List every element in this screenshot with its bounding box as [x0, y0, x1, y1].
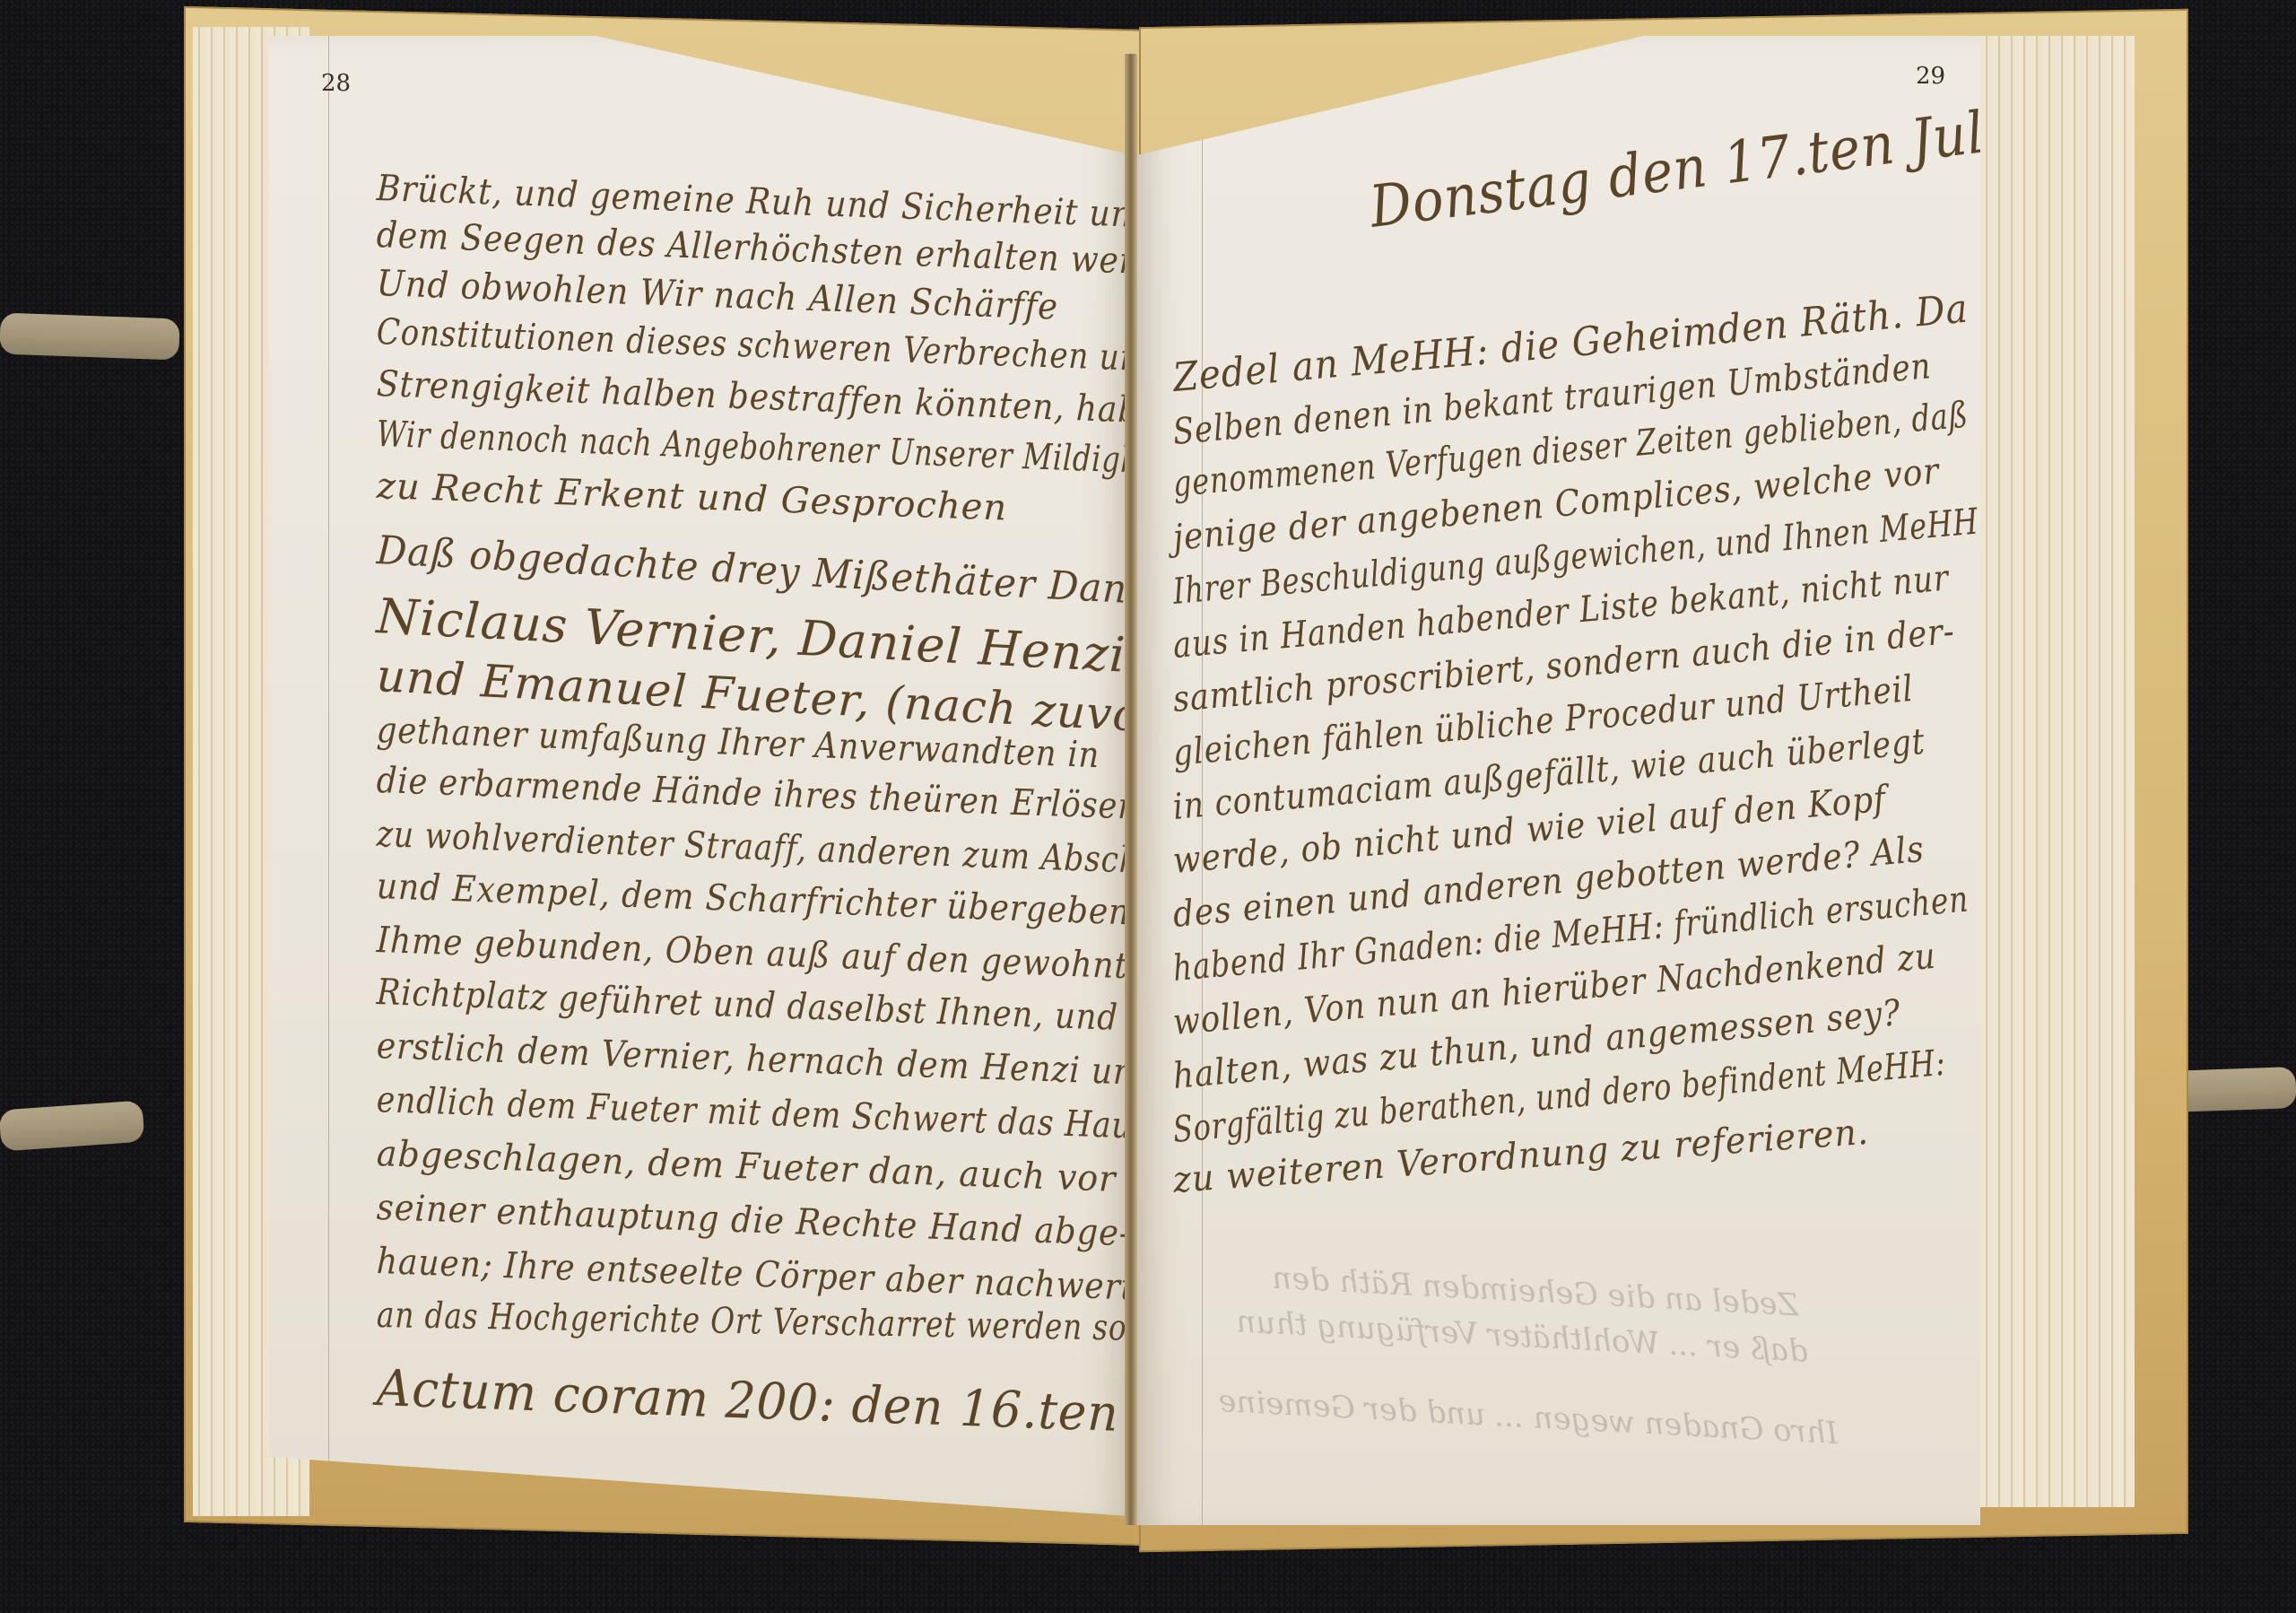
page-number: 28 — [321, 70, 351, 97]
page-29: 29 Donstag den 17.ten July 1749. Zedel a… — [1137, 36, 1980, 1525]
book-gutter — [1125, 54, 1137, 1525]
left-upper-ribbon — [0, 313, 180, 361]
text-line: an das Hochgerichte Ort Verscharret werd… — [377, 1297, 1130, 1347]
page-28: 28 Brückt, und gemeine Ruh und Sicherhei… — [269, 36, 1130, 1516]
margin-rule — [328, 36, 329, 1516]
text-line: seiner enthauptung die Rechte Hand abge- — [376, 1190, 1130, 1251]
text-line: abgeschlagen, dem Fueter dan, auch vor — [376, 1136, 1117, 1198]
text-line: zu Recht Erkent und Gesprochen — [376, 468, 1007, 527]
bleed-line: Ihro Gnaden wegen ... und der Gemeine — [1217, 1383, 1839, 1452]
entry-date-header: Donstag den 17.ten July 1749. — [1367, 80, 1980, 237]
margin-rule — [1202, 36, 1203, 1525]
closing-line: Actum coram 200: den 16.ten July 1749. — [376, 1364, 1130, 1449]
page-number: 29 — [1916, 63, 1945, 90]
photo-scene: 28 Brückt, und gemeine Ruh und Sicherhei… — [0, 0, 2296, 1613]
right-page-edges — [1955, 36, 2135, 1507]
left-lower-ribbon — [0, 1100, 144, 1151]
text-line: endlich dem Fueter mit dem Schwert das H… — [376, 1082, 1130, 1146]
text-line: erstlich dem Vernier, hernach dem Henzi … — [376, 1028, 1130, 1091]
